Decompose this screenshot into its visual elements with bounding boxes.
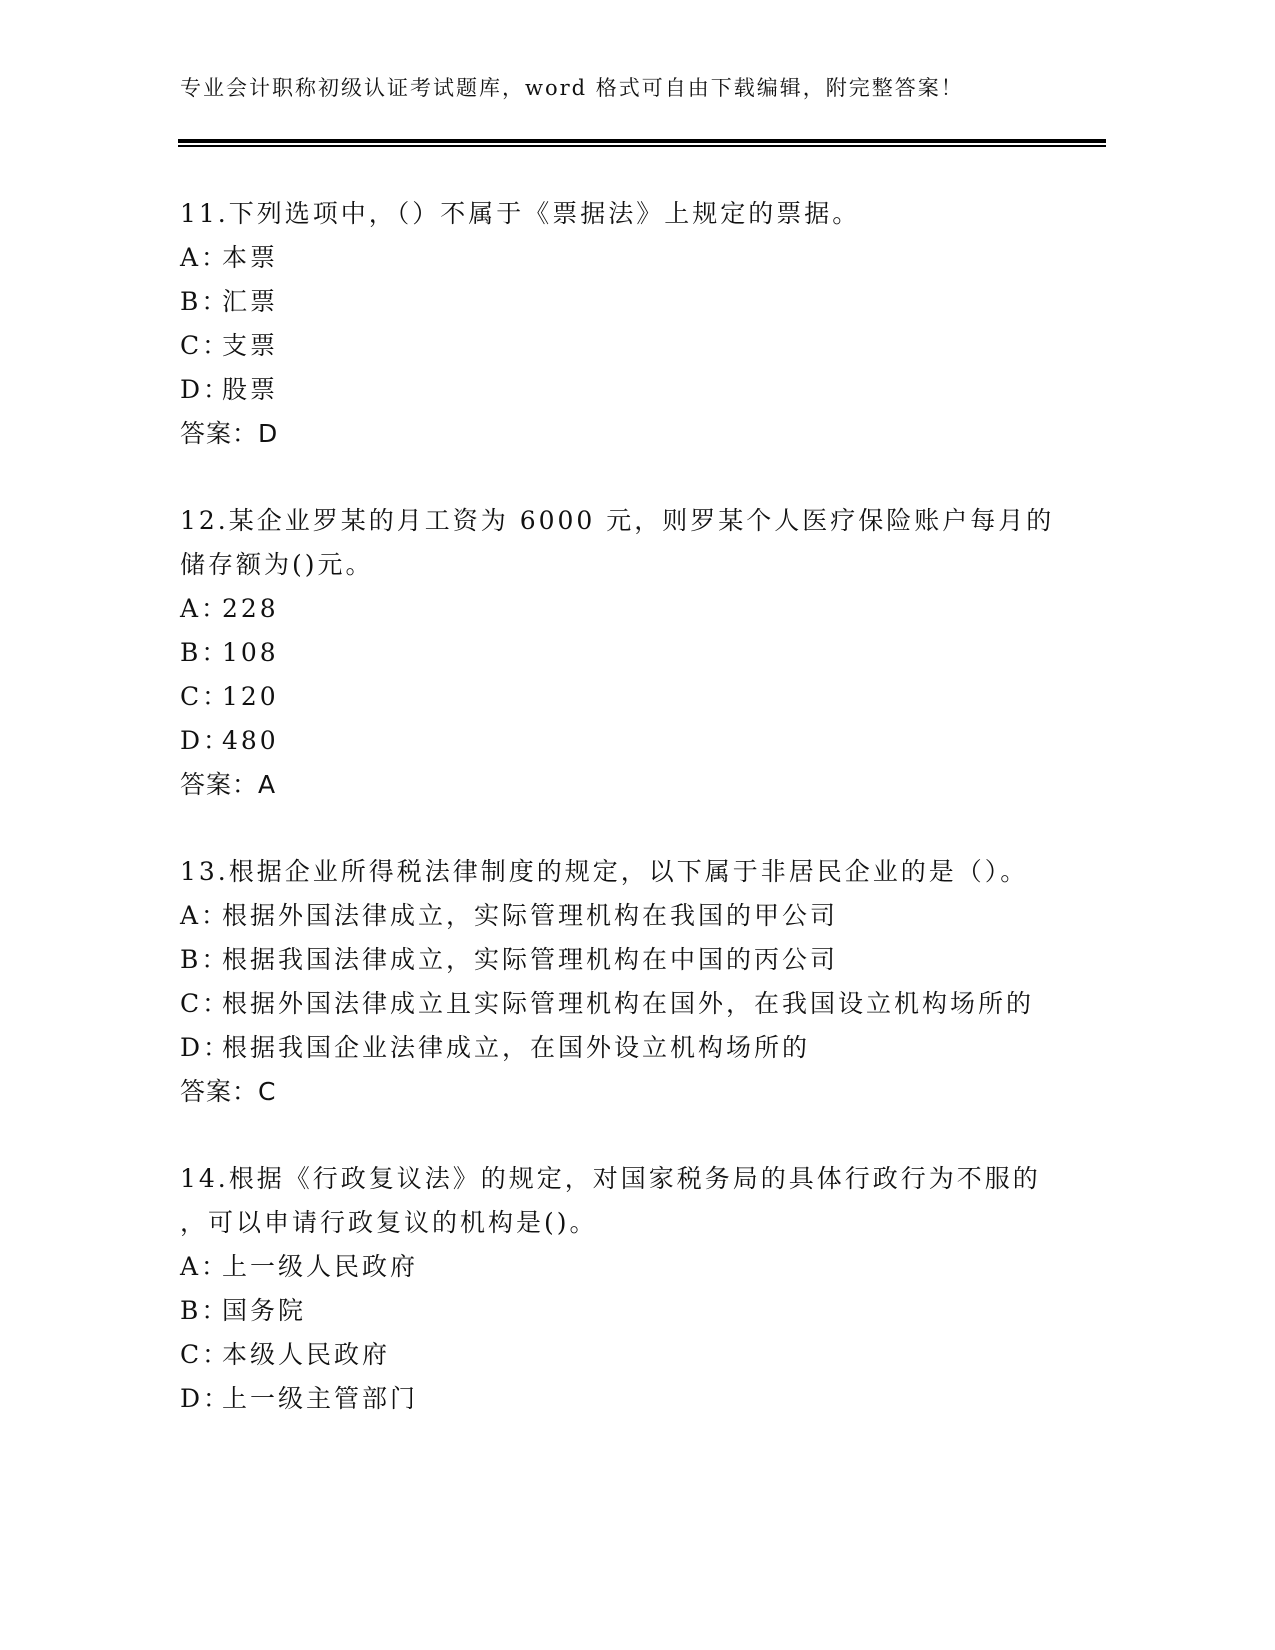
answer-label: 答案： <box>180 1077 258 1106</box>
question-list: 11.下列选项中，（）不属于《票据法》上规定的票据。 A：本票 B：汇票 C：支… <box>180 192 1080 1464</box>
option-key: C： <box>180 324 222 368</box>
option-text: 根据外国法律成立且实际管理机构在国外，在我国设立机构场所的 <box>222 989 1034 1018</box>
option-text: 股票 <box>222 375 278 404</box>
question-stem: 12.某企业罗某的月工资为 6000 元，则罗某个人医疗保险账户每月的 <box>180 499 1080 543</box>
option-text: 根据我国法律成立，实际管理机构在中国的丙公司 <box>222 945 838 974</box>
option-d: D：上一级主管部门 <box>180 1377 1080 1421</box>
option-a: A：根据外国法律成立，实际管理机构在我国的甲公司 <box>180 894 1080 938</box>
option-a: A：本票 <box>180 236 1080 280</box>
answer-value: D <box>258 419 278 448</box>
option-d: D：股票 <box>180 368 1080 412</box>
answer-line: 答案：A <box>180 763 1080 807</box>
option-text: 汇票 <box>222 287 278 316</box>
option-key: C： <box>180 1333 222 1377</box>
option-key: C： <box>180 675 222 719</box>
question-stem: 11.下列选项中，（）不属于《票据法》上规定的票据。 <box>180 192 1080 236</box>
answer-label: 答案： <box>180 419 258 448</box>
option-text: 上一级人民政府 <box>222 1252 418 1281</box>
option-c: C：本级人民政府 <box>180 1333 1080 1377</box>
question-stem: 13.根据企业所得税法律制度的规定，以下属于非居民企业的是（）。 <box>180 850 1080 894</box>
question-13: 13.根据企业所得税法律制度的规定，以下属于非居民企业的是（）。 A：根据外国法… <box>180 850 1080 1114</box>
answer-value: C <box>258 1077 276 1106</box>
document-header: 专业会计职称初级认证考试题库，word 格式可自由下载编辑，附完整答案！ <box>180 72 964 102</box>
option-key: A： <box>180 587 222 631</box>
option-key: B： <box>180 631 222 675</box>
option-c: C：支票 <box>180 324 1080 368</box>
option-c: C：根据外国法律成立且实际管理机构在国外，在我国设立机构场所的 <box>180 982 1080 1026</box>
option-key: C： <box>180 982 222 1026</box>
option-key: D： <box>180 1377 222 1421</box>
option-key: D： <box>180 719 222 763</box>
option-key: B： <box>180 280 222 324</box>
question-11: 11.下列选项中，（）不属于《票据法》上规定的票据。 A：本票 B：汇票 C：支… <box>180 192 1080 456</box>
option-text: 120 <box>222 682 279 711</box>
option-text: 228 <box>222 594 279 623</box>
option-a: A：上一级人民政府 <box>180 1245 1080 1289</box>
option-key: A： <box>180 894 222 938</box>
answer-line: 答案：C <box>180 1070 1080 1114</box>
option-text: 国务院 <box>222 1296 306 1325</box>
option-d: D：根据我国企业法律成立，在国外设立机构场所的 <box>180 1026 1080 1070</box>
option-text: 支票 <box>222 331 278 360</box>
option-key: D： <box>180 1026 222 1070</box>
option-key: B： <box>180 1289 222 1333</box>
option-b: B：根据我国法律成立，实际管理机构在中国的丙公司 <box>180 938 1080 982</box>
answer-line: 答案：D <box>180 412 1080 456</box>
option-d: D：480 <box>180 719 1080 763</box>
answer-value: A <box>258 770 276 799</box>
option-text: 上一级主管部门 <box>222 1384 418 1413</box>
option-key: A： <box>180 1245 222 1289</box>
option-text: 根据我国企业法律成立，在国外设立机构场所的 <box>222 1033 810 1062</box>
option-text: 本票 <box>222 243 278 272</box>
option-a: A：228 <box>180 587 1080 631</box>
option-text: 根据外国法律成立，实际管理机构在我国的甲公司 <box>222 901 838 930</box>
question-stem-cont: 储存额为()元。 <box>180 543 1080 587</box>
option-key: A： <box>180 236 222 280</box>
option-text: 本级人民政府 <box>222 1340 390 1369</box>
option-text: 480 <box>222 726 279 755</box>
header-rule-thin <box>178 145 1106 147</box>
question-stem-cont: ，可以申请行政复议的机构是()。 <box>180 1201 1080 1245</box>
question-stem: 14.根据《行政复议法》的规定，对国家税务局的具体行政行为不服的 <box>180 1157 1080 1201</box>
header-rule-thick <box>178 139 1106 143</box>
question-12: 12.某企业罗某的月工资为 6000 元，则罗某个人医疗保险账户每月的 储存额为… <box>180 499 1080 807</box>
question-14: 14.根据《行政复议法》的规定，对国家税务局的具体行政行为不服的 ，可以申请行政… <box>180 1157 1080 1421</box>
option-c: C：120 <box>180 675 1080 719</box>
answer-label: 答案： <box>180 770 258 799</box>
option-b: B：国务院 <box>180 1289 1080 1333</box>
option-text: 108 <box>222 638 279 667</box>
option-b: B：108 <box>180 631 1080 675</box>
option-b: B：汇票 <box>180 280 1080 324</box>
option-key: D： <box>180 368 222 412</box>
option-key: B： <box>180 938 222 982</box>
